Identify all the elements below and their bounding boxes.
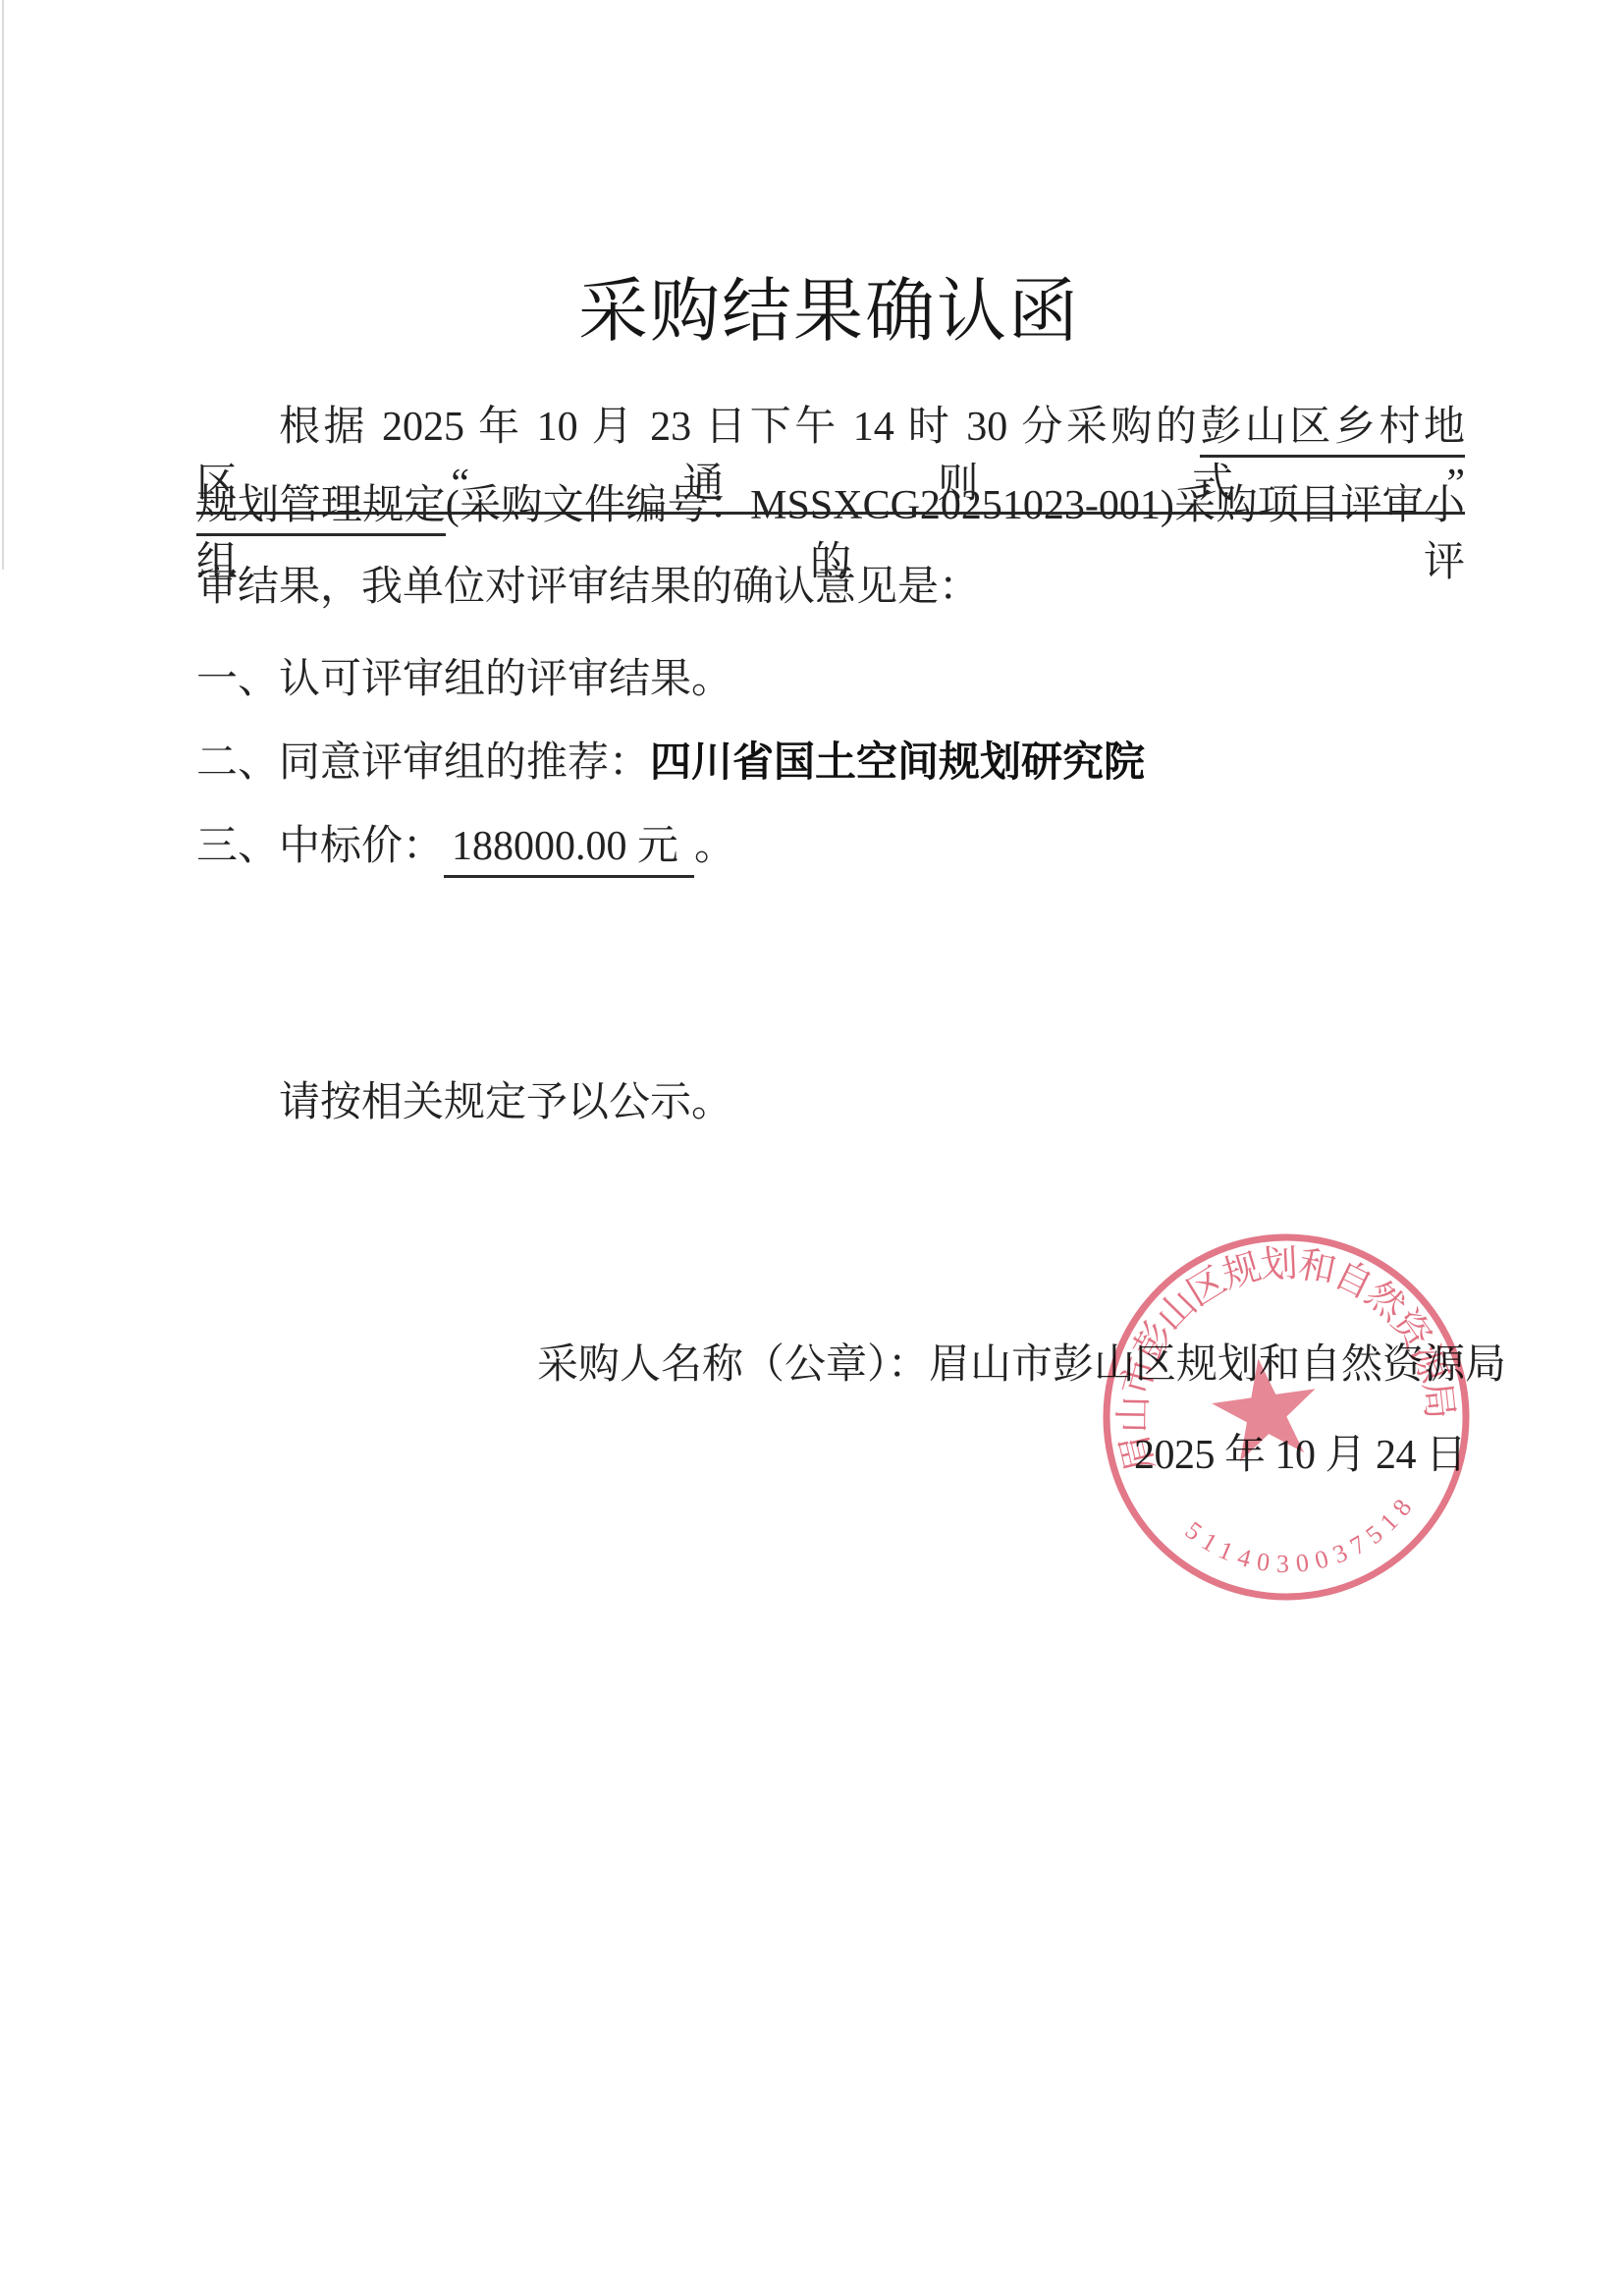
purchaser-label: 采购人名称（公章）： <box>537 1342 929 1388</box>
official-seal: 眉山市彭山区规划和自然资源局 5114030037518 <box>1072 1203 1500 1631</box>
seal-ring <box>1083 1214 1488 1619</box>
seal-number: 5114030037518 <box>1177 1485 1430 1594</box>
item-3: 三、中标价：188000.00 元。 <box>196 818 1465 875</box>
scan-edge-artifact <box>2 0 4 570</box>
regulation-name-underlined: 规划管理规定 <box>196 483 446 536</box>
paragraph-line-3: 审结果，我单位对评审结果的确认意见是： <box>196 559 1465 616</box>
item-1: 一、认可评审组的评审结果。 <box>196 651 1465 708</box>
winning-bid-price: 188000.00 元 <box>444 824 694 878</box>
paragraph-line-1-plain: 根据 2025 年 10 月 23 日下午 14 时 30 分采购的 <box>279 405 1200 450</box>
page-title: 采购结果确认函 <box>18 255 1623 355</box>
document-page: 采购结果确认函 根据 2025 年 10 月 23 日下午 14 时 30 分采… <box>0 0 1623 2296</box>
signature-date: 2025 年 10 月 24 日 <box>1134 1422 1467 1481</box>
item-2-prefix: 二、同意评审组的推荐： <box>196 740 650 786</box>
item-3-suffix: 。 <box>694 824 735 869</box>
signature-line: 采购人名称（公章）：眉山市彭山区规划和自然资源局 <box>537 1332 1506 1391</box>
closing-note: 请按相关规定予以公示。 <box>196 1074 1465 1131</box>
purchaser-org: 眉山市彭山区规划和自然资源局 <box>929 1342 1506 1388</box>
item-3-prefix: 三、中标价： <box>196 824 444 869</box>
item-2: 二、同意评审组的推荐：四川省国土空间规划研究院 <box>196 735 1465 792</box>
recommended-supplier: 四川省国土空间规划研究院 <box>650 740 1145 786</box>
